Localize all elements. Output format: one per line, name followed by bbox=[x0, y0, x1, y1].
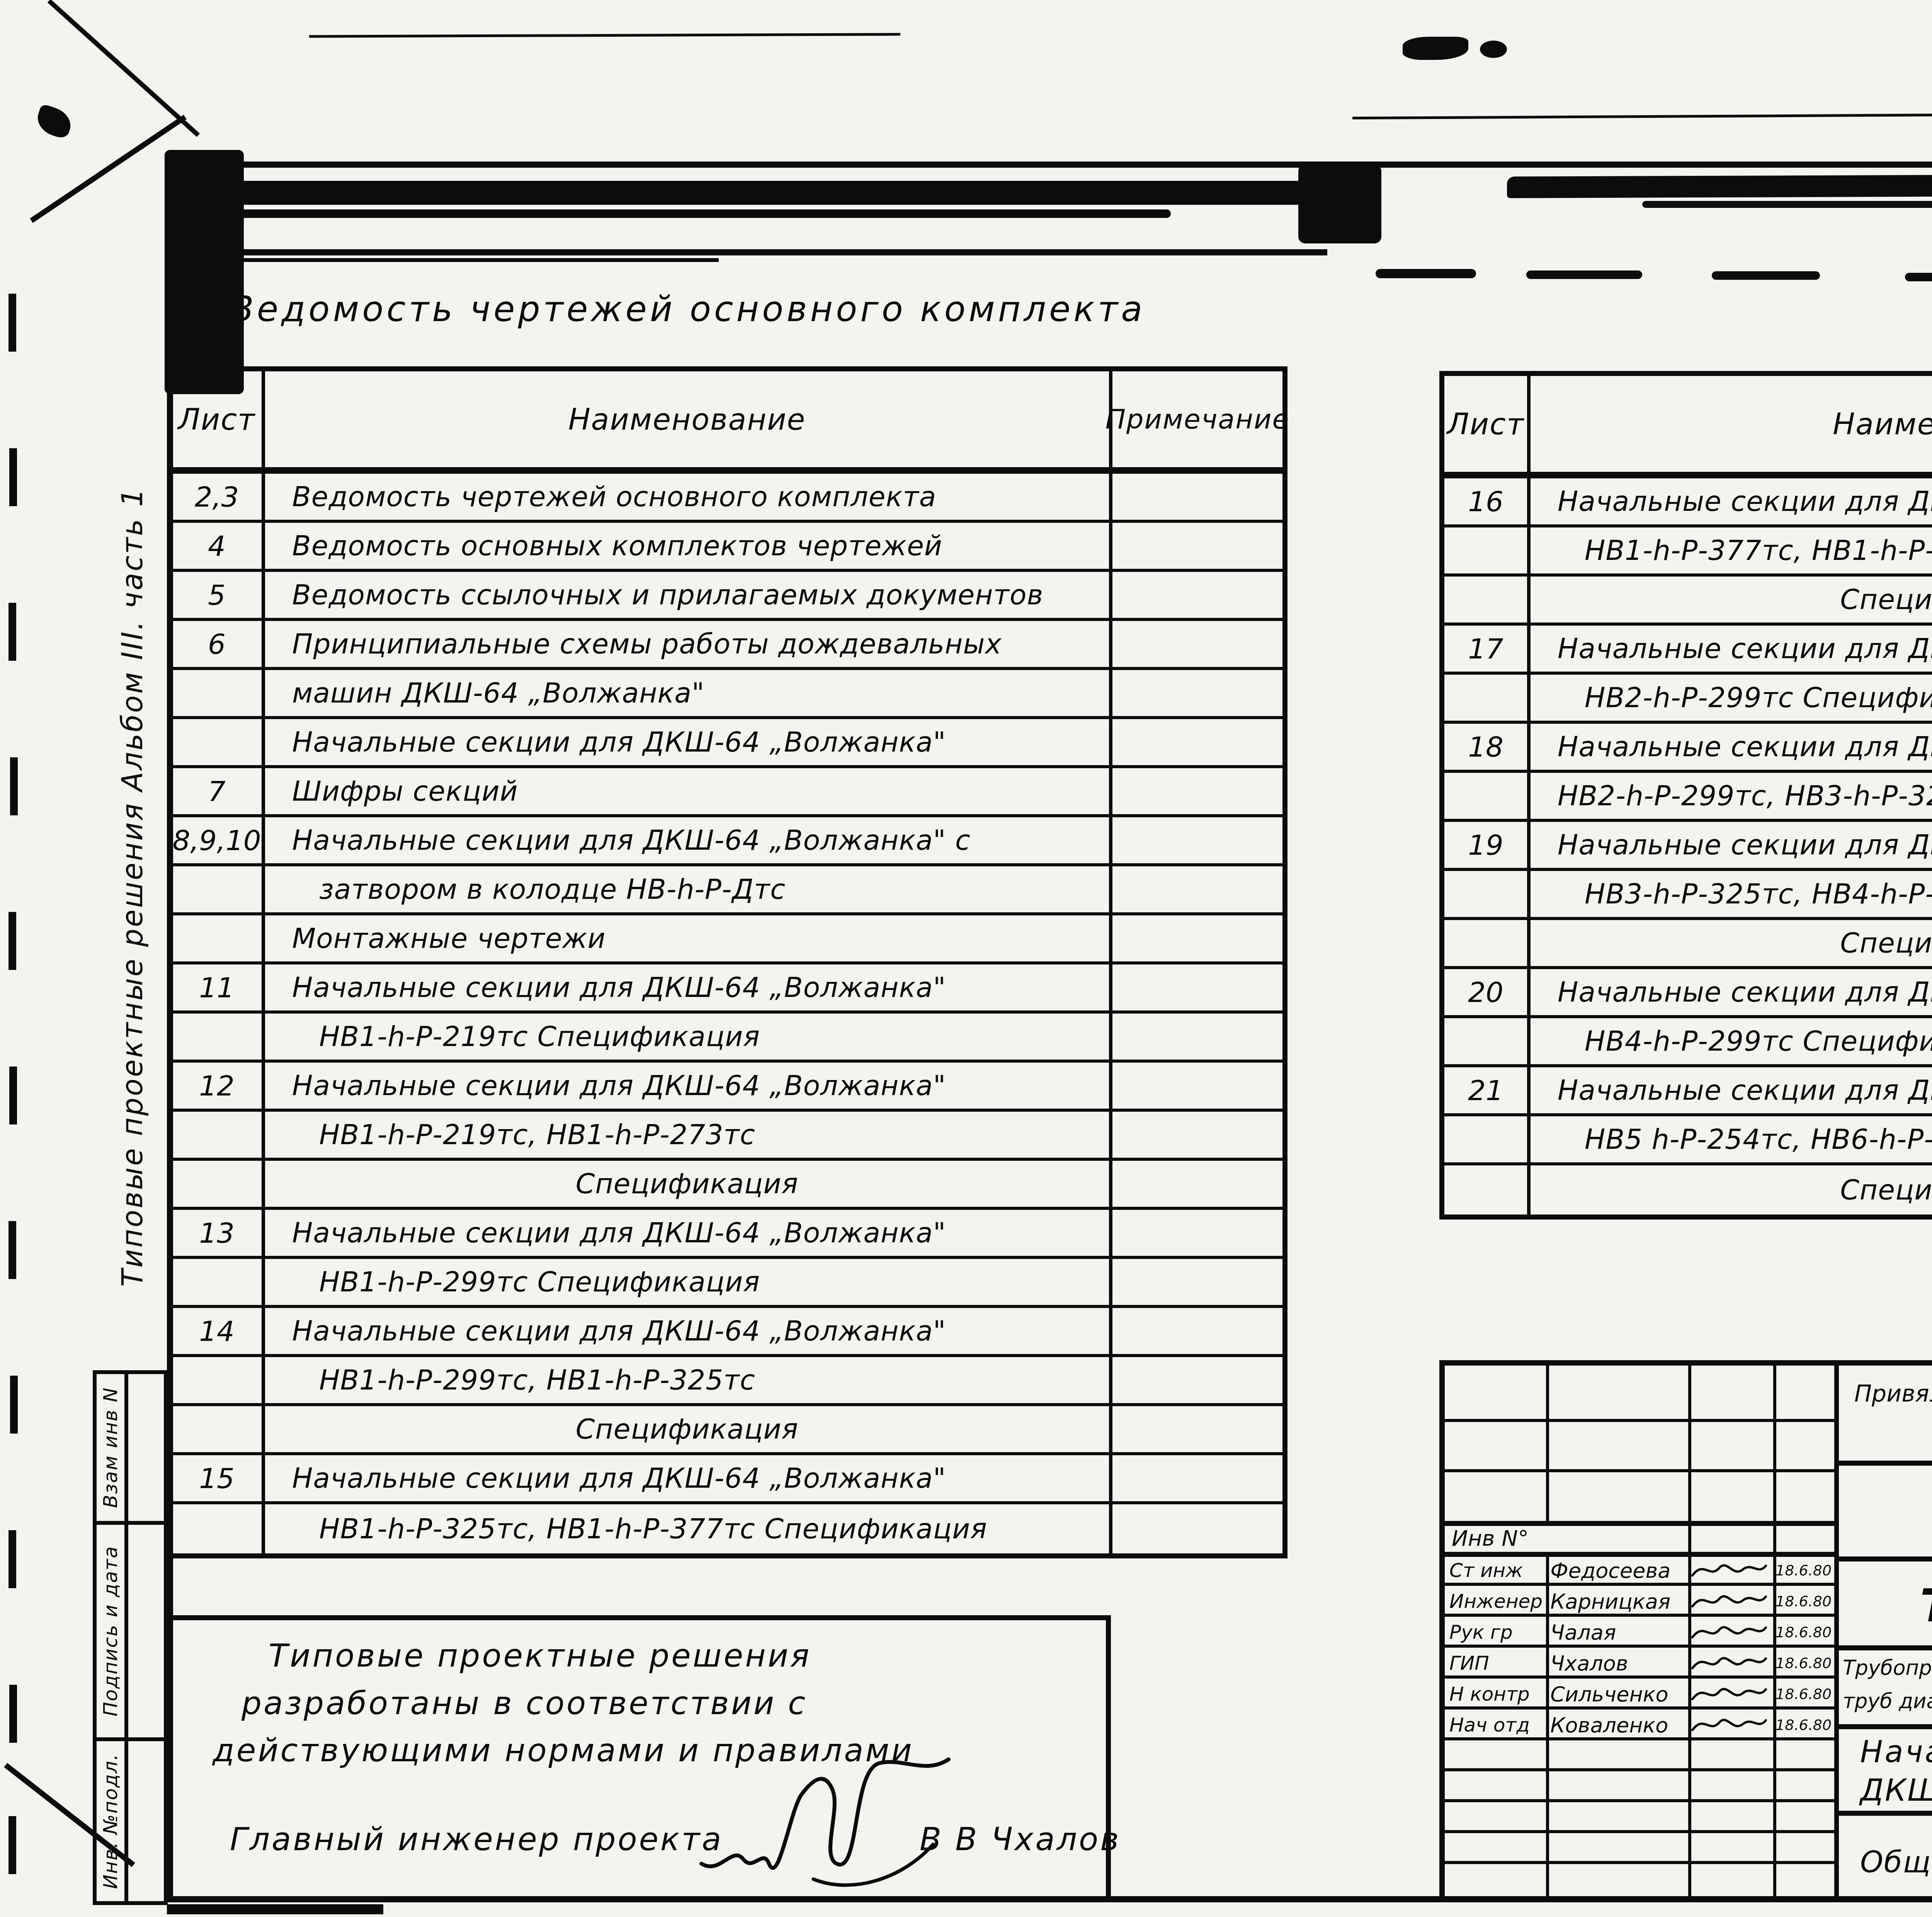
table-row: 4Ведомость основных комплектов чертежей bbox=[172, 523, 1282, 572]
col-header-sheet: Лист bbox=[1444, 376, 1531, 472]
title-block-line bbox=[1445, 1861, 1834, 1864]
stamp-label: Инв. №подл. bbox=[99, 1753, 122, 1889]
col-header-note: Примечание bbox=[1112, 371, 1282, 467]
drawing-name-cell: Спецификация bbox=[265, 1161, 1112, 1207]
sheet-number-cell: 15 bbox=[172, 1455, 265, 1501]
edge-dash bbox=[9, 1067, 17, 1124]
desc-text: труб диаметром bbox=[1843, 1689, 1932, 1713]
drawing-register-table: Лист Наименование Примечание 2,3Ведомост… bbox=[167, 366, 1287, 1558]
sheet-number-cell: 17 bbox=[1444, 626, 1531, 672]
title-block-line bbox=[1445, 1419, 1834, 1422]
edge-dash bbox=[9, 448, 17, 506]
title-block-line bbox=[1445, 1768, 1834, 1771]
sheet-number-cell: 2,3 bbox=[172, 474, 265, 520]
sheet-number-cell bbox=[1444, 1018, 1531, 1064]
sheet-number-cell bbox=[172, 670, 265, 716]
signature-row: Н контрСильченко18.6.80 bbox=[1445, 1679, 1834, 1709]
signature-row: Ст инжФедосеева18.6.80 bbox=[1445, 1555, 1834, 1586]
table-row: НВ4-h-Р-299тс Спецификация bbox=[1444, 1018, 1932, 1067]
edge-dash bbox=[9, 294, 16, 352]
table-row: НВ2-h-Р-299тс, НВ3-h-Р-325тс Спецификаци… bbox=[1444, 773, 1932, 822]
col-header-name: Наименование bbox=[1531, 376, 1932, 472]
edge-dash bbox=[9, 1816, 16, 1874]
title-block-line bbox=[1834, 1645, 1932, 1650]
table-header: Лист Наименование Примечание bbox=[1444, 376, 1932, 478]
signature-icon bbox=[1689, 1587, 1773, 1616]
note-cell bbox=[1112, 1112, 1282, 1158]
note-cell bbox=[1112, 1406, 1282, 1452]
chief-engineer-signature-icon bbox=[686, 1748, 956, 1895]
sheet-number-cell: 21 bbox=[1444, 1067, 1531, 1113]
table-row: Начальные секции для ДКШ-64 „Волжанка" bbox=[172, 719, 1282, 768]
title-block-line bbox=[1445, 1521, 1834, 1526]
table-row: НВ1-h-Р-377тс, НВ1-h-Р-426тс bbox=[1444, 527, 1932, 577]
stamp-box-inv: Инв. №подл. bbox=[93, 1737, 128, 1905]
table-row: 21Начальные секции для ДКШ-64 „Волжанка" bbox=[1444, 1067, 1932, 1116]
note-line: разработаны в соответствии с bbox=[241, 1685, 807, 1722]
edge-dash bbox=[9, 1530, 16, 1588]
sheet-number-cell bbox=[172, 866, 265, 912]
sheet-number-cell: 11 bbox=[172, 964, 265, 1010]
signature-date: 18.6.80 bbox=[1773, 1686, 1834, 1703]
note-cell bbox=[1112, 964, 1282, 1010]
note-cell bbox=[1112, 915, 1282, 961]
drawing-name-cell: НВ2-h-Р-299тс, НВ3-h-Р-325тс Спецификаци… bbox=[1531, 773, 1932, 819]
sheet-number-cell: 14 bbox=[172, 1308, 265, 1354]
drawing-name-cell: Шифры секций bbox=[265, 768, 1112, 814]
table-row: НВ5 h-Р-254тс, НВ6-h-Р-254тс bbox=[1444, 1116, 1932, 1165]
note-cell bbox=[1112, 866, 1282, 912]
sheet-number-cell bbox=[1444, 1116, 1531, 1162]
drawing-name-cell: Начальные секции для ДКШ-64 „Волжанка" bbox=[265, 1308, 1112, 1354]
note-cell bbox=[1112, 1455, 1282, 1501]
title-block-line bbox=[1445, 1799, 1834, 1802]
drawing-name-cell: Начальные секции для ДКШ-64 „Волжанка" bbox=[1531, 822, 1932, 868]
signature-date: 18.6.80 bbox=[1773, 1562, 1834, 1579]
drawing-name-cell: Начальные секции для ДКШ-64 „Волжанка" bbox=[1531, 626, 1932, 672]
signature-icon bbox=[1689, 1556, 1773, 1585]
signature-date: 18.6.80 bbox=[1773, 1655, 1834, 1672]
sheet-number-cell bbox=[172, 915, 265, 961]
stamp-box-vzam: Взам инв N bbox=[93, 1370, 128, 1525]
table-row: НВ1-h-Р-219тс, НВ1-h-Р-273тс bbox=[172, 1112, 1282, 1161]
drawing-name-cell: НВ1-h-Р-325тс, НВ1-h-Р-377тс Спецификаци… bbox=[265, 1504, 1112, 1553]
sheet-content-title: Общие данные (начало) bbox=[1860, 1845, 1932, 1879]
drawing-name-cell: НВ2-h-Р-299тс Спецификация bbox=[1531, 675, 1932, 721]
stamp-box-empty bbox=[124, 1370, 168, 1525]
sheet-number-cell: 6 bbox=[172, 621, 265, 667]
note-cell bbox=[1112, 1063, 1282, 1109]
drawing-name-cell: НВ1-h-Р-219тс Спецификация bbox=[265, 1014, 1112, 1060]
stamp-box-empty bbox=[124, 1737, 168, 1905]
note-cell bbox=[1112, 621, 1282, 667]
note-cell bbox=[1112, 474, 1282, 520]
table-row: 18Начальные секции для ДКШ-64 „Волжанка" bbox=[1444, 724, 1932, 773]
drawing-name-cell: Ведомость ссылочных и прилагаемых докуме… bbox=[265, 572, 1112, 618]
table-row: 19Начальные секции для ДКШ-64 „Волжанка" bbox=[1444, 822, 1932, 871]
title-block-line bbox=[1546, 1366, 1549, 1524]
note-cell bbox=[1112, 719, 1282, 765]
table-row: 13Начальные секции для ДКШ-64 „Волжанка" bbox=[172, 1210, 1282, 1259]
scan-streak bbox=[1352, 111, 1932, 119]
drawing-name-cell: Ведомость чертежей основного комплекта bbox=[265, 474, 1112, 520]
table-header: Лист Наименование Примечание bbox=[172, 371, 1282, 474]
sheet-number-cell bbox=[1444, 871, 1531, 917]
inventory-number-label: Инв N° bbox=[1452, 1526, 1529, 1551]
sheet-number-cell: 19 bbox=[1444, 822, 1531, 868]
table-row: НВ2-h-Р-299тс Спецификация bbox=[1444, 675, 1932, 724]
drawing-name-cell: Начальные секции для ДКШ-64 „Волжанка" bbox=[1531, 969, 1932, 1015]
fold-mark bbox=[33, 104, 75, 140]
note-cell bbox=[1112, 1161, 1282, 1207]
sheet-number-cell: 5 bbox=[172, 572, 265, 618]
drawing-name-cell: Начальные секции для ДКШ-64 „Волжанка" bbox=[265, 1063, 1112, 1109]
signer-name: Федосеева bbox=[1546, 1558, 1688, 1583]
drawing-name-cell: Монтажные чертежи bbox=[265, 915, 1112, 961]
col-header-name: Наименование bbox=[265, 371, 1112, 467]
sheet-number-cell: 4 bbox=[172, 523, 265, 569]
signer-name: Чхалов bbox=[1546, 1651, 1688, 1675]
signature-date: 18.6.80 bbox=[1773, 1624, 1834, 1641]
desc-text: Трубопроводы bbox=[1843, 1656, 1932, 1680]
sheet-number-cell bbox=[1444, 527, 1531, 573]
sheet-number-cell: 20 bbox=[1444, 969, 1531, 1015]
signer-role: Рук гр bbox=[1445, 1621, 1546, 1643]
drawing-name-cell: НВ1-h-Р-377тс, НВ1-h-Р-426тс bbox=[1531, 527, 1932, 573]
signer-name: Сильченко bbox=[1546, 1682, 1688, 1706]
signature-icon bbox=[1689, 1618, 1773, 1647]
sheet-number-cell bbox=[172, 719, 265, 765]
chief-engineer-label: Главный инженер проекта bbox=[230, 1821, 723, 1858]
signer-name: Карницкая bbox=[1546, 1589, 1688, 1614]
margin-album-note: Типовые проектные решения Альбом III. ча… bbox=[116, 236, 151, 1287]
scan-streak bbox=[309, 33, 900, 37]
note-line: Типовые проектные решения bbox=[269, 1638, 811, 1674]
sheet-number-cell bbox=[1444, 675, 1531, 721]
sheet-number-cell: 13 bbox=[172, 1210, 265, 1256]
drawing-name-cell: НВ4-h-Р-299тс Спецификация bbox=[1531, 1018, 1932, 1064]
sheet-number-cell bbox=[172, 1112, 265, 1158]
signer-role: Инженер bbox=[1445, 1590, 1546, 1613]
sheet-number-cell: 7 bbox=[172, 768, 265, 814]
stamp-box-empty bbox=[124, 1521, 168, 1741]
signer-role: Ст инж bbox=[1445, 1559, 1546, 1582]
sheet-number-cell bbox=[1444, 920, 1531, 966]
table-body: 2,3Ведомость чертежей основного комплект… bbox=[172, 474, 1282, 1553]
signature-icon bbox=[1689, 1680, 1773, 1708]
table-row: 11Начальные секции для ДКШ-64 „Волжанка" bbox=[172, 964, 1282, 1014]
drawing-name-cell: Начальные секции для ДКШ-64 „Волжанка" bbox=[265, 719, 1112, 765]
table-row: 2,3Ведомость чертежей основного комплект… bbox=[172, 474, 1282, 523]
drawing-name-cell: Начальные секции для ДКШ-64 „Волжанка" bbox=[265, 964, 1112, 1010]
sheet-number-cell: 8,9,10 bbox=[172, 817, 265, 863]
drawing-name-cell: Начальные секции для ДКШ-64 „Волжанка" bbox=[265, 1455, 1112, 1501]
drawing-name-cell: Ведомость основных комплектов чертежей bbox=[265, 523, 1112, 569]
signature-row: ГИПЧхалов18.6.80 bbox=[1445, 1648, 1834, 1679]
project-description-line2: труб диаметром до 500мм для оросительных… bbox=[1843, 1689, 1932, 1713]
note-cell bbox=[1112, 817, 1282, 863]
title-block-line bbox=[1834, 1724, 1932, 1729]
fold-mark bbox=[48, 0, 200, 137]
table-row: Спецификация bbox=[1444, 1165, 1932, 1214]
table-row: 16Начальные секции для ДКШ-64 „Волжанка" bbox=[1444, 478, 1932, 527]
note-cell bbox=[1112, 1014, 1282, 1060]
sheet-number-cell bbox=[172, 1406, 265, 1452]
scan-scribble bbox=[1403, 37, 1468, 60]
title-block-line bbox=[1834, 1811, 1932, 1816]
title-block-line bbox=[1834, 1556, 1932, 1561]
drawing-register-table-continued: Лист Наименование Примечание 16Начальные… bbox=[1439, 371, 1932, 1220]
drawing-name-cell: машин ДКШ-64 „Волжанка" bbox=[265, 670, 1112, 716]
note-cell bbox=[1112, 1210, 1282, 1256]
signer-name: Коваленко bbox=[1546, 1713, 1688, 1737]
title-block-line bbox=[1834, 1366, 1839, 1897]
scanned-drawing-sheet: 2 Ведомость чертежей основного комплекта… bbox=[0, 0, 1932, 1917]
drawing-name-cell: НВ1-h-Р-299тс Спецификация bbox=[265, 1259, 1112, 1305]
note-cell bbox=[1112, 768, 1282, 814]
table-row: 20Начальные секции для ДКШ-64 „Волжанка" bbox=[1444, 969, 1932, 1018]
title-block-line bbox=[1445, 1469, 1834, 1472]
signature-icon bbox=[1689, 1711, 1773, 1739]
sheet-number-cell bbox=[172, 1504, 265, 1553]
drawing-name-cell: Начальные секции для ДКШ-64 „Волжанка" bbox=[1531, 1067, 1932, 1113]
table-row: 17Начальные секции для ДКШ-64 „Волжанка" bbox=[1444, 626, 1932, 675]
drawing-name-cell: Спецификация bbox=[1531, 920, 1932, 966]
drawing-name-cell: Начальные секции для ДКШ-64 „Волжанка" bbox=[265, 1210, 1112, 1256]
scan-streak bbox=[167, 1904, 383, 1914]
table-row: 7Шифры секций bbox=[172, 768, 1282, 817]
sheet-number-cell bbox=[172, 1014, 265, 1060]
edge-dash bbox=[9, 912, 16, 970]
edge-dash bbox=[9, 1221, 16, 1279]
table-row: НВ3-h-Р-325тс, НВ4-h-Р-299тс bbox=[1444, 871, 1932, 920]
drawing-name-cell: Спецификация bbox=[1531, 1165, 1932, 1214]
signature-date: 18.6.80 bbox=[1773, 1593, 1834, 1610]
drawing-name-cell: затвором в колодце НВ-h-Р-Дтс bbox=[265, 866, 1112, 912]
page-title: Ведомость чертежей основного комплекта bbox=[230, 289, 1145, 330]
edge-dash bbox=[9, 603, 16, 661]
signature-row: ИнженерКарницкая18.6.80 bbox=[1445, 1586, 1834, 1617]
signature-date: 18.6.80 bbox=[1773, 1716, 1834, 1733]
sheet-number-cell: 12 bbox=[172, 1063, 265, 1109]
note-cell bbox=[1112, 523, 1282, 569]
drawing-name-cell: НВ3-h-Р-325тс, НВ4-h-Р-299тс bbox=[1531, 871, 1932, 917]
table-body: 16Начальные секции для ДКШ-64 „Волжанка"… bbox=[1444, 478, 1932, 1214]
signer-role: Нач отд bbox=[1445, 1714, 1546, 1736]
project-description-line1: Трубопроводы напорные из стальных тонкос… bbox=[1843, 1656, 1932, 1680]
sheet-number-cell bbox=[1444, 1165, 1531, 1214]
sheet-number-cell bbox=[1444, 773, 1531, 819]
signature-row: Нач отдКоваленко18.6.80 bbox=[1445, 1709, 1834, 1740]
attached-note: Привязан bbox=[1854, 1380, 1932, 1407]
table-row: 12Начальные секции для ДКШ-64 „Волжанка" bbox=[172, 1063, 1282, 1112]
signature-row: Рук грЧалая18.6.80 bbox=[1445, 1617, 1834, 1648]
table-row: затвором в колодце НВ-h-Р-Дтс bbox=[172, 866, 1282, 915]
col-header-sheet: Лист bbox=[172, 371, 265, 467]
drawing-name-cell: Начальные секции для ДКШ-64 „Волжанка" bbox=[1531, 478, 1932, 524]
table-row: НВ1-h-Р-299тс, НВ1-h-Р-325тс bbox=[172, 1357, 1282, 1406]
sheet-number-cell bbox=[1444, 577, 1531, 623]
project-title-line2: ДКШ-64 „Волжанка" bbox=[1860, 1773, 1932, 1808]
table-row: 15Начальные секции для ДКШ-64 „Волжанка" bbox=[172, 1455, 1282, 1504]
edge-dash bbox=[10, 757, 18, 815]
drawing-name-cell: НВ1-h-Р-219тс, НВ1-h-Р-273тс bbox=[265, 1112, 1112, 1158]
drawing-name-cell: Начальные секции для ДКШ-64 „Волжанка" с bbox=[265, 817, 1112, 863]
scan-scribble bbox=[1480, 41, 1507, 58]
note-cell bbox=[1112, 1504, 1282, 1553]
table-row: Спецификация bbox=[172, 1406, 1282, 1455]
table-row: Спецификация bbox=[172, 1161, 1282, 1210]
drawing-name-cell: Начальные секции для ДКШ-64 „Волжанка" bbox=[1531, 724, 1932, 770]
edge-dash bbox=[10, 1376, 18, 1434]
note-cell bbox=[1112, 1357, 1282, 1403]
signer-role: Н контр bbox=[1445, 1683, 1546, 1705]
sheet-number-cell bbox=[172, 1357, 265, 1403]
title-block: Инв N° Ст инжФедосеева18.6.80ИнженерКарн… bbox=[1439, 1360, 1932, 1902]
table-row: 14Начальные секции для ДКШ-64 „Волжанка" bbox=[172, 1308, 1282, 1357]
sheet-number-cell: 18 bbox=[1444, 724, 1531, 770]
type-project-code: ТП 820-02-6 bbox=[1920, 1579, 1932, 1632]
sheet-number-cell bbox=[172, 1259, 265, 1305]
note-cell bbox=[1112, 572, 1282, 618]
drawing-name-cell: Принципиальные схемы работы дождевальных bbox=[265, 621, 1112, 667]
stamp-label: Взам инв N bbox=[99, 1387, 122, 1508]
note-cell bbox=[1112, 670, 1282, 716]
edge-dash bbox=[9, 1685, 17, 1743]
drawing-name-cell: НВ5 h-Р-254тс, НВ6-h-Р-254тс bbox=[1531, 1116, 1932, 1162]
table-row: НВ1-h-Р-219тс Спецификация bbox=[172, 1014, 1282, 1063]
project-title-line1: Начальные секции для bbox=[1860, 1735, 1932, 1769]
stamp-label: Подпись и дата bbox=[99, 1546, 122, 1716]
signer-name: Чалая bbox=[1546, 1620, 1688, 1645]
title-block-line bbox=[1834, 1461, 1932, 1466]
stamp-box-podpis: Подпись и дата bbox=[93, 1521, 128, 1741]
title-block-line bbox=[1445, 1830, 1834, 1833]
table-row: Спецификация bbox=[1444, 920, 1932, 969]
table-row: 8,9,10Начальные секции для ДКШ-64 „Волжа… bbox=[172, 817, 1282, 866]
table-row: Монтажные чертежи bbox=[172, 915, 1282, 964]
signer-role: ГИП bbox=[1445, 1652, 1546, 1674]
compliance-note-box: Типовые проектные решения разработаны в … bbox=[172, 1615, 1111, 1902]
chief-engineer-name: В В Чхалов bbox=[920, 1821, 1121, 1858]
table-row: 6Принципиальные схемы работы дождевальны… bbox=[172, 621, 1282, 670]
table-row: НВ1-h-Р-325тс, НВ1-h-Р-377тс Спецификаци… bbox=[172, 1504, 1282, 1553]
sheet-number-cell bbox=[172, 1161, 265, 1207]
table-row: машин ДКШ-64 „Волжанка" bbox=[172, 670, 1282, 719]
note-cell bbox=[1112, 1259, 1282, 1305]
table-row: 5Ведомость ссылочных и прилагаемых докум… bbox=[172, 572, 1282, 621]
drawing-name-cell: Спецификация bbox=[1531, 577, 1932, 623]
note-cell bbox=[1112, 1308, 1282, 1354]
table-row: НВ1-h-Р-299тс Спецификация bbox=[172, 1259, 1282, 1308]
drawing-name-cell: НВ1-h-Р-299тс, НВ1-h-Р-325тс bbox=[265, 1357, 1112, 1403]
table-row: Спецификация bbox=[1444, 577, 1932, 626]
sheet-number-cell: 16 bbox=[1444, 478, 1531, 524]
drawing-name-cell: Спецификация bbox=[265, 1406, 1112, 1452]
signature-icon bbox=[1689, 1649, 1773, 1677]
